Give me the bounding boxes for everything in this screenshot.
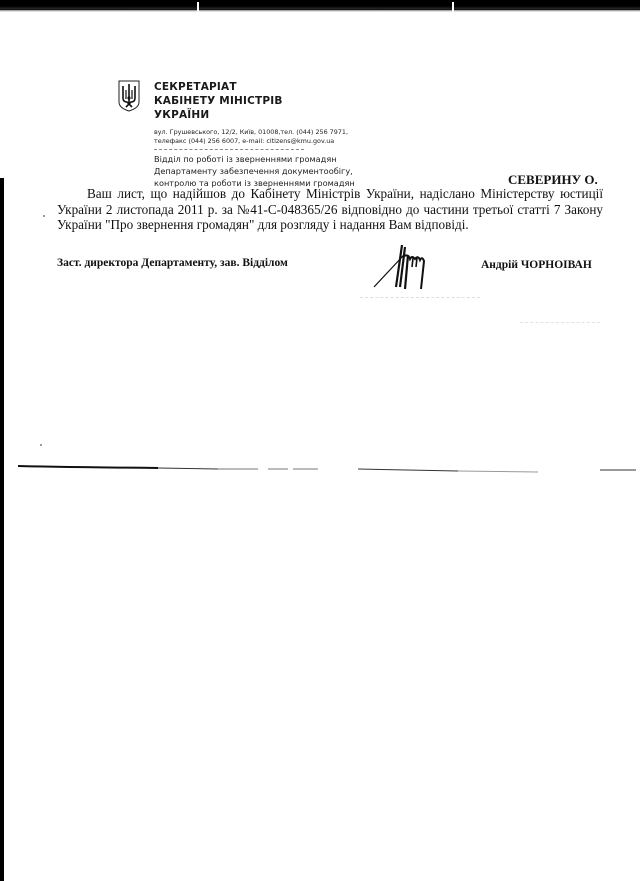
- scan-speck: [40, 444, 42, 446]
- signatory-name: Андрій ЧОРНОІВАН: [481, 259, 592, 271]
- org-line: КАБІНЕТУ МІНІСТРІВ: [154, 94, 283, 108]
- contact-address: вул. Грушевського, 12/2, Київ, 01008,тел…: [154, 128, 348, 146]
- scan-edge-top-fade: [0, 6, 640, 12]
- address-line: вул. Грушевського, 12/2, Київ, 01008,тел…: [154, 128, 348, 137]
- department-line: Відділ по роботі із зверненнями громадян: [154, 153, 355, 165]
- trident-coat-of-arms-icon: [118, 80, 140, 112]
- org-line: УКРАЇНИ: [154, 108, 283, 122]
- body-paragraph: Ваш лист, що надійшов до Кабінету Мініст…: [57, 186, 603, 233]
- scan-artifact: [360, 297, 480, 299]
- scan-tick: [452, 2, 454, 12]
- scan-edge-left: [0, 178, 4, 881]
- page-cut-line: [18, 460, 636, 468]
- signatory-position: Заст. директора Департаменту, зав. Відді…: [57, 257, 288, 269]
- scan-speck: [43, 215, 45, 217]
- letter-body: Ваш лист, що надійшов до Кабінету Мініст…: [57, 186, 603, 233]
- address-line: телефакс (044) 256 6007, e-mail: citizen…: [154, 137, 348, 146]
- department-line: Департаменту забезпечення документообігу…: [154, 165, 355, 177]
- scan-tick: [197, 2, 199, 12]
- department-name: Відділ по роботі із зверненнями громадян…: [154, 153, 355, 189]
- divider-dashed: [154, 149, 304, 151]
- organization-name: СЕКРЕТАРІАТ КАБІНЕТУ МІНІСТРІВ УКРАЇНИ: [154, 80, 283, 122]
- org-line: СЕКРЕТАРІАТ: [154, 80, 283, 94]
- scan-artifact: [520, 322, 600, 324]
- handwritten-signature-icon: [372, 243, 432, 291]
